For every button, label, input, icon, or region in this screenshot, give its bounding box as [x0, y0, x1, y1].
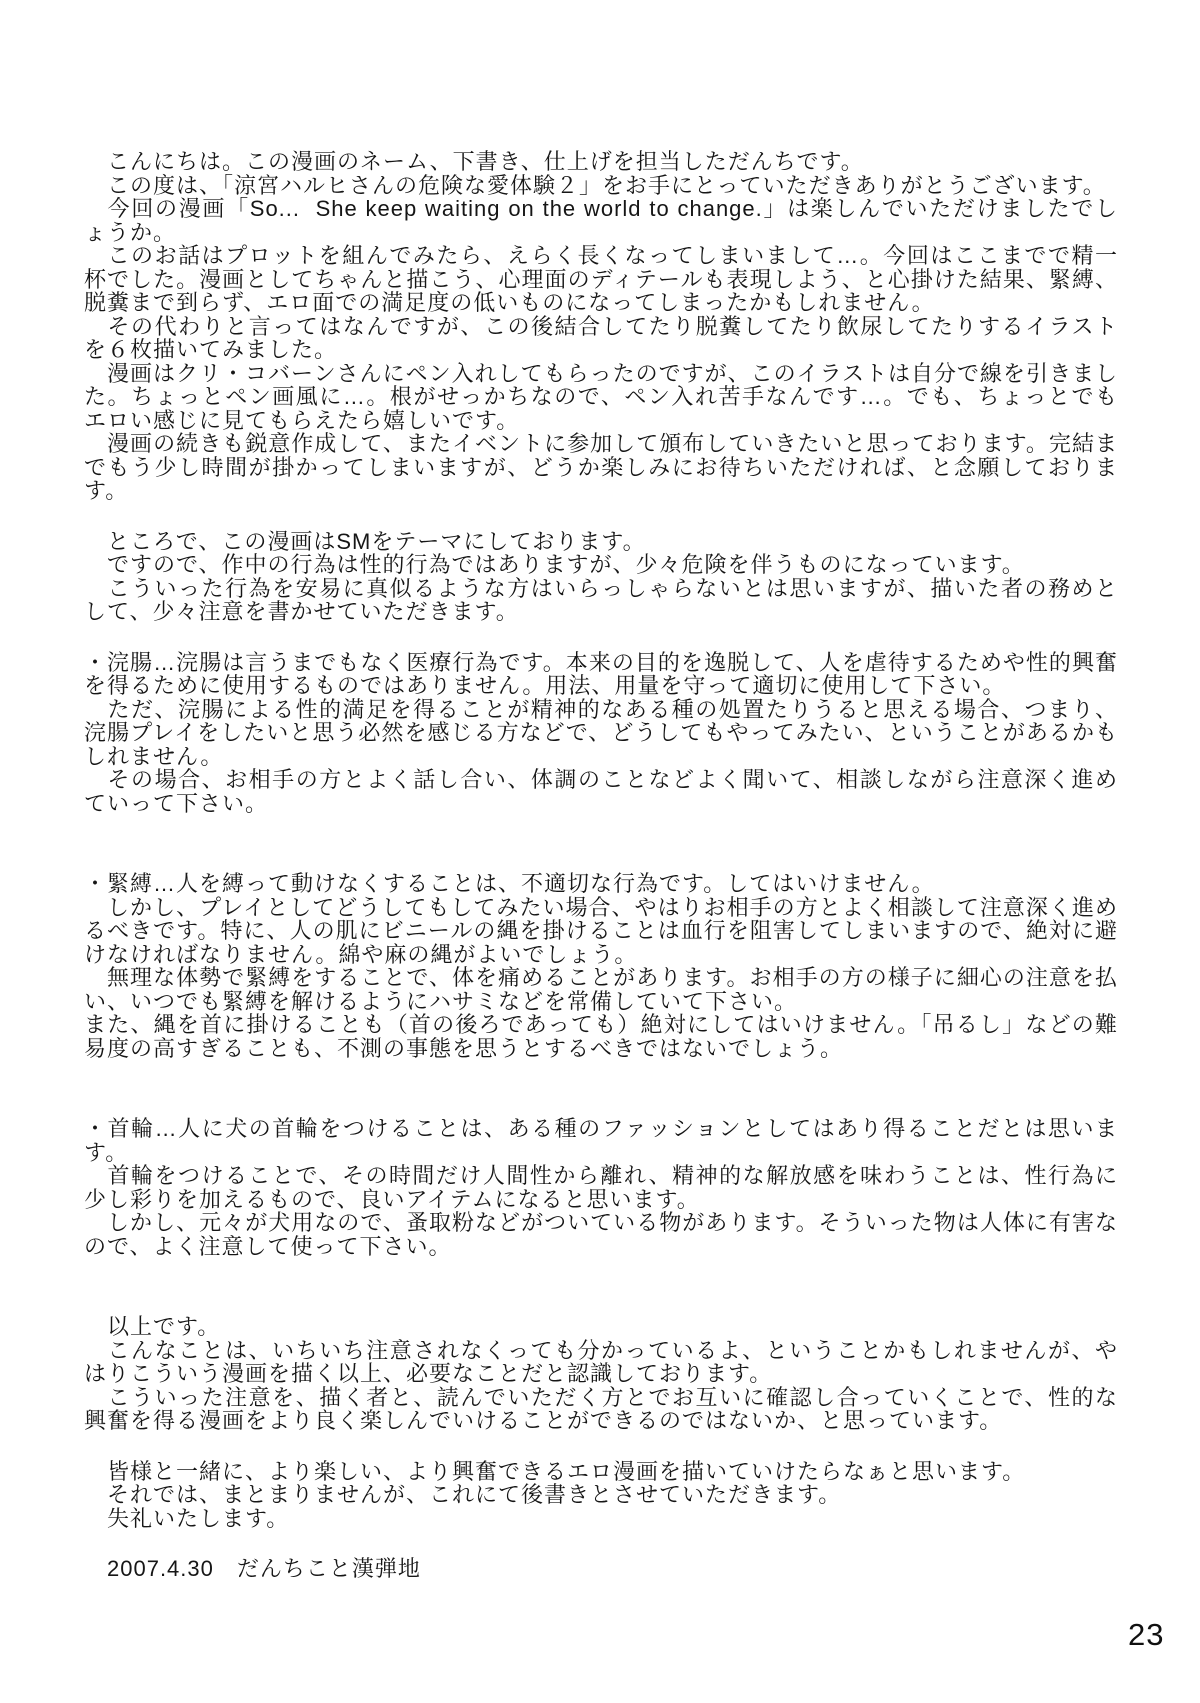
paragraph: こういった注意を、描く者と、読んでいただく方とでお互いに確認し合っていくことで、…: [84, 1386, 1118, 1433]
page-number: 23: [1128, 1618, 1164, 1652]
paragraph: 以上です。: [84, 1315, 1118, 1339]
afterword-page: こんにちは。この漫画のネーム、下書き、仕上げを担当しただんちです。 この度は、「…: [0, 0, 1200, 1703]
paragraph: それでは、まとまりませんが、これにて後書きとさせていただきます。: [84, 1483, 1118, 1507]
paragraph: 首輪をつけることで、その時間だけ人間性から離れ、精神的な解放感を味わうことは、性…: [84, 1164, 1118, 1211]
paragraph: しかし、プレイとしてどうしてもしてみたい場合、やはりお相手の方とよく相談して注意…: [84, 896, 1118, 967]
paragraph: こういった行為を安易に真似るような方はいらっしゃらないとは思いますが、描いた者の…: [84, 577, 1118, 624]
paragraph: しかし、元々が犬用なので、蚤取粉などがついている物があります。そういった物は人体…: [84, 1211, 1118, 1258]
paragraph: ただ、浣腸による性的満足を得ることが精神的なある種の処置たりうると思える場合、つ…: [84, 698, 1118, 769]
paragraph: 皆様と一緒に、より楽しい、より興奮できるエロ漫画を描いていけたらなぁと思います。: [84, 1460, 1118, 1484]
paragraph: 漫画の続きも鋭意作成して、またイベントに参加して頒布していきたいと思っております…: [84, 432, 1118, 503]
paragraph: このお話はプロットを組んでみたら、えらく長くなってしまいまして…。今回はここまで…: [84, 244, 1118, 315]
paragraph: 漫画はクリ・コバーンさんにペン入れしてもらったのですが、このイラストは自分で線を…: [84, 362, 1118, 433]
paragraph: 失礼いたします。: [84, 1507, 1118, 1531]
paragraph: ・浣腸…浣腸は言うまでもなく医療行為です。本来の目的を逸脱して、人を虐待するため…: [84, 651, 1118, 698]
paragraph: 無理な体勢で緊縛をすることで、体を痛めることがあります。お相手の方の様子に細心の…: [84, 966, 1118, 1013]
paragraph: こんにちは。この漫画のネーム、下書き、仕上げを担当しただんちです。: [84, 150, 1118, 174]
paragraph: 今回の漫画「So... She keep waiting on the worl…: [84, 197, 1118, 244]
afterword-text: こんにちは。この漫画のネーム、下書き、仕上げを担当しただんちです。 この度は、「…: [84, 150, 1118, 1581]
paragraph: 2007.4.30 だんちこと漢弾地: [84, 1557, 1118, 1581]
paragraph: こんなことは、いちいち注意されなくっても分かっているよ、ということかもしれません…: [84, 1339, 1118, 1386]
paragraph: また、縄を首に掛けることも（首の後ろであっても）絶対にしてはいけません。「吊るし…: [84, 1013, 1118, 1060]
paragraph: ・緊縛…人を縛って動けなくすることは、不適切な行為です。してはいけません。: [84, 872, 1118, 896]
paragraph: その場合、お相手の方とよく話し合い、体調のことなどよく聞いて、相談しながら注意深…: [84, 768, 1118, 815]
paragraph: その代わりと言ってはなんですが、この後結合してたり脱糞してたり飲尿してたりするイ…: [84, 315, 1118, 362]
paragraph: ですので、作中の行為は性的行為ではありますが、少々危険を伴うものになっています。: [84, 553, 1118, 577]
paragraph: ・首輪…人に犬の首輪をつけることは、ある種のファッションとしてはあり得ることだと…: [84, 1117, 1118, 1164]
paragraph: ところで、この漫画はSMをテーマにしております。: [84, 530, 1118, 554]
paragraph: この度は、「涼宮ハルヒさんの危険な愛体験２」をお手にとっていただきありがとうござ…: [84, 174, 1118, 198]
